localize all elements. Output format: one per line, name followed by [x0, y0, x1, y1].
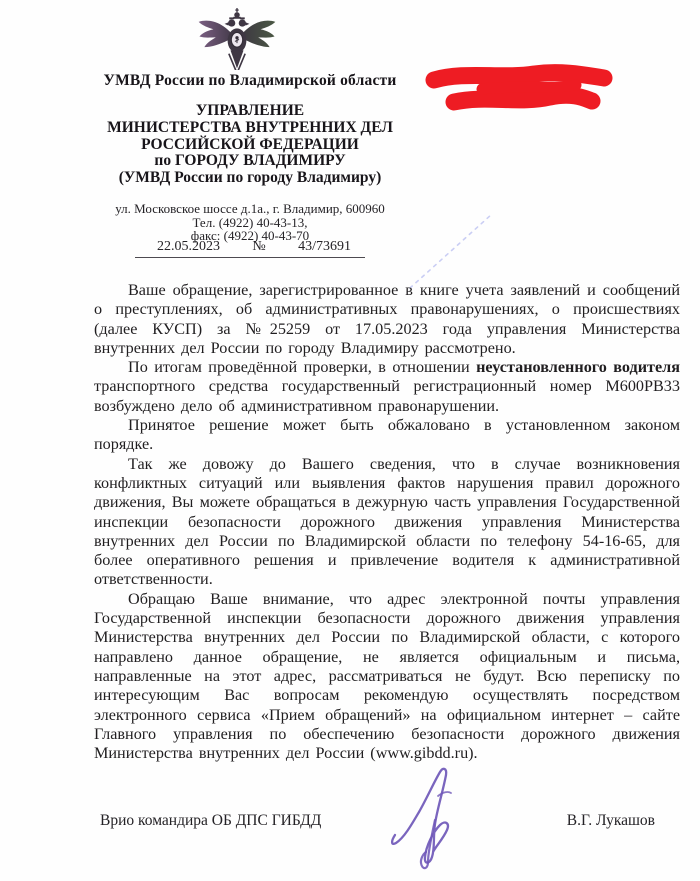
- department-title-block: УПРАВЛЕНИЕ МИНИСТЕРСТВА ВНУТРЕННИХ ДЕЛ Р…: [55, 103, 445, 187]
- eagle-emblem-icon: [195, 8, 279, 70]
- dept-line-3: РОССИЙСКОЙ ФЕДЕРАЦИИ: [55, 137, 445, 154]
- paragraph-2-start: По итогам проведённой проверки, в отноше…: [128, 358, 476, 376]
- reference-row: 22.05.2023 № 43/73691: [135, 239, 365, 258]
- signature-ink-icon: [388, 762, 466, 872]
- document-date: 22.05.2023: [157, 239, 220, 255]
- paragraph-1: Ваше обращение, зарегистрированное в кни…: [94, 281, 680, 358]
- paragraph-2: По итогам проведённой проверки, в отноше…: [94, 358, 680, 416]
- paragraph-2-bold-driver: неустановленного водителя: [476, 358, 680, 376]
- red-redaction-scribble: [424, 64, 616, 122]
- faint-pen-mark-artifact: [408, 212, 496, 290]
- signer-name: В.Г. Лукашов: [567, 812, 655, 830]
- contact-block: ул. Московское шоссе д.1а., г. Владимир,…: [55, 202, 445, 243]
- handwritten-signature: [388, 762, 466, 872]
- letter-body: Ваше обращение, зарегистрированное в кни…: [94, 281, 680, 763]
- document-number: 43/73691: [298, 239, 351, 255]
- letterhead: УМВД России по Владимирской области УПРА…: [55, 0, 445, 243]
- phone-line: Тел. (4922) 40-43-13,: [55, 216, 445, 230]
- org-name-line: УМВД России по Владимирской области: [55, 72, 445, 90]
- paragraph-5: Обращаю Ваше внимание, что адрес электро…: [94, 590, 680, 764]
- scanned-letter-page: УМВД России по Владимирской области УПРА…: [0, 0, 700, 881]
- redaction-marker-icon: [424, 64, 616, 122]
- dept-line-4: по ГОРОДУ ВЛАДИМИРУ: [55, 153, 445, 170]
- address-line: ул. Московское шоссе д.1а., г. Владимир,…: [55, 202, 445, 216]
- dept-line-2: МИНИСТЕРСТВА ВНУТРЕННИХ ДЕЛ: [55, 120, 445, 137]
- number-sign: №: [252, 239, 265, 255]
- dept-line-1: УПРАВЛЕНИЕ: [55, 103, 445, 120]
- dept-line-5: (УМВД России по городу Владимиру): [55, 170, 445, 187]
- signer-position-title: Врио командира ОБ ДПС ГИБДД: [100, 812, 321, 830]
- paragraph-2-end: транспортного средства государственный р…: [94, 377, 680, 414]
- paragraph-4: Так же довожу до Вашего сведения, что в …: [94, 455, 680, 590]
- mvd-double-headed-eagle-emblem: [195, 8, 279, 70]
- paragraph-3: Принятое решение может быть обжаловано в…: [94, 416, 680, 455]
